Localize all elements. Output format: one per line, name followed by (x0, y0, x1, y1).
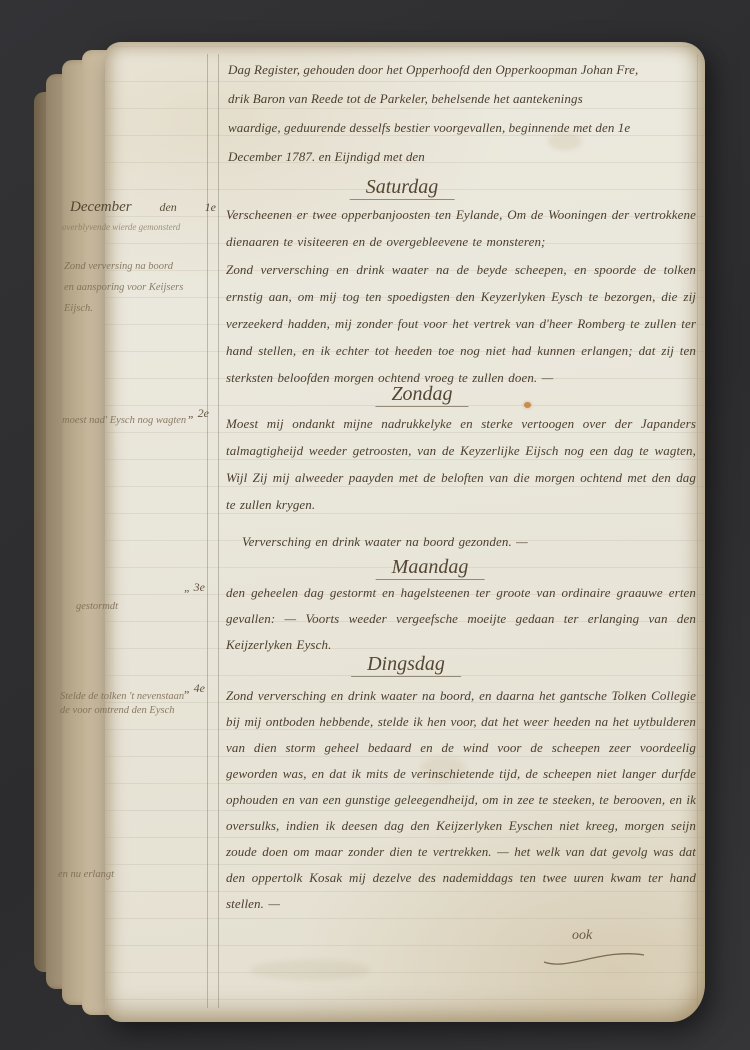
margin-note: moest nad' Eysch nog wagten (62, 414, 222, 428)
margin-day-number: 1e (205, 200, 216, 215)
right-edge-rule (697, 54, 698, 1008)
margin-note: gestormdt (76, 596, 216, 617)
catchword-flourish-icon (540, 944, 650, 968)
margin-note: en nu erlangt (58, 864, 208, 885)
title-line: drik Baron van Reede tot de Parkeler, be… (228, 84, 696, 113)
margin-note: overblyvende wierde gemonsterd (62, 222, 227, 233)
margin-month: December (70, 199, 132, 216)
entry-paragraph: Verversching en drink waater na boord ge… (242, 528, 662, 555)
entry-paragraph: Moest mij ondankt mijne nadrukkelyke en … (226, 410, 696, 518)
catchword: ook (572, 928, 592, 944)
entry-paragraph: den geheelen dag gestormt en hagelsteene… (226, 580, 696, 658)
margin-note: Zond verversing na boord en aansporing v… (64, 256, 219, 319)
entry-paragraph: Zond verversching en drink waater na de … (226, 256, 696, 391)
title-line: waardige, geduurende desselfs bestier vo… (228, 113, 696, 142)
title-line: Dag Register, gehouden door het Opperhoo… (228, 55, 696, 84)
journal-title: Dag Register, gehouden door het Opperhoo… (228, 55, 696, 171)
margin-day-number: „ 3e (184, 580, 205, 595)
margin-rule-right (218, 54, 219, 1008)
margin-den: den (159, 200, 176, 215)
entry-paragraph: Verscheenen er twee opperbanjoosten ten … (226, 201, 696, 255)
margin-date: December den 1e (70, 199, 216, 216)
margin-note: Stelde de tolken 't nevenstaan de voor o… (60, 690, 228, 718)
entry-paragraph: Zond verversching en drink waater na boo… (226, 683, 696, 917)
weekday-heading-sunday: Zondag (375, 383, 468, 406)
weekday-heading-tuesday: Dingsdag (351, 653, 461, 676)
weekday-heading-monday: Maandag (376, 556, 485, 579)
title-line: December 1787. en Eijndigd met den (228, 142, 696, 171)
manuscript-scan: Dag Register, gehouden door het Opperhoo… (0, 0, 750, 1050)
weekday-heading-saturday: Saturdag (350, 176, 455, 199)
